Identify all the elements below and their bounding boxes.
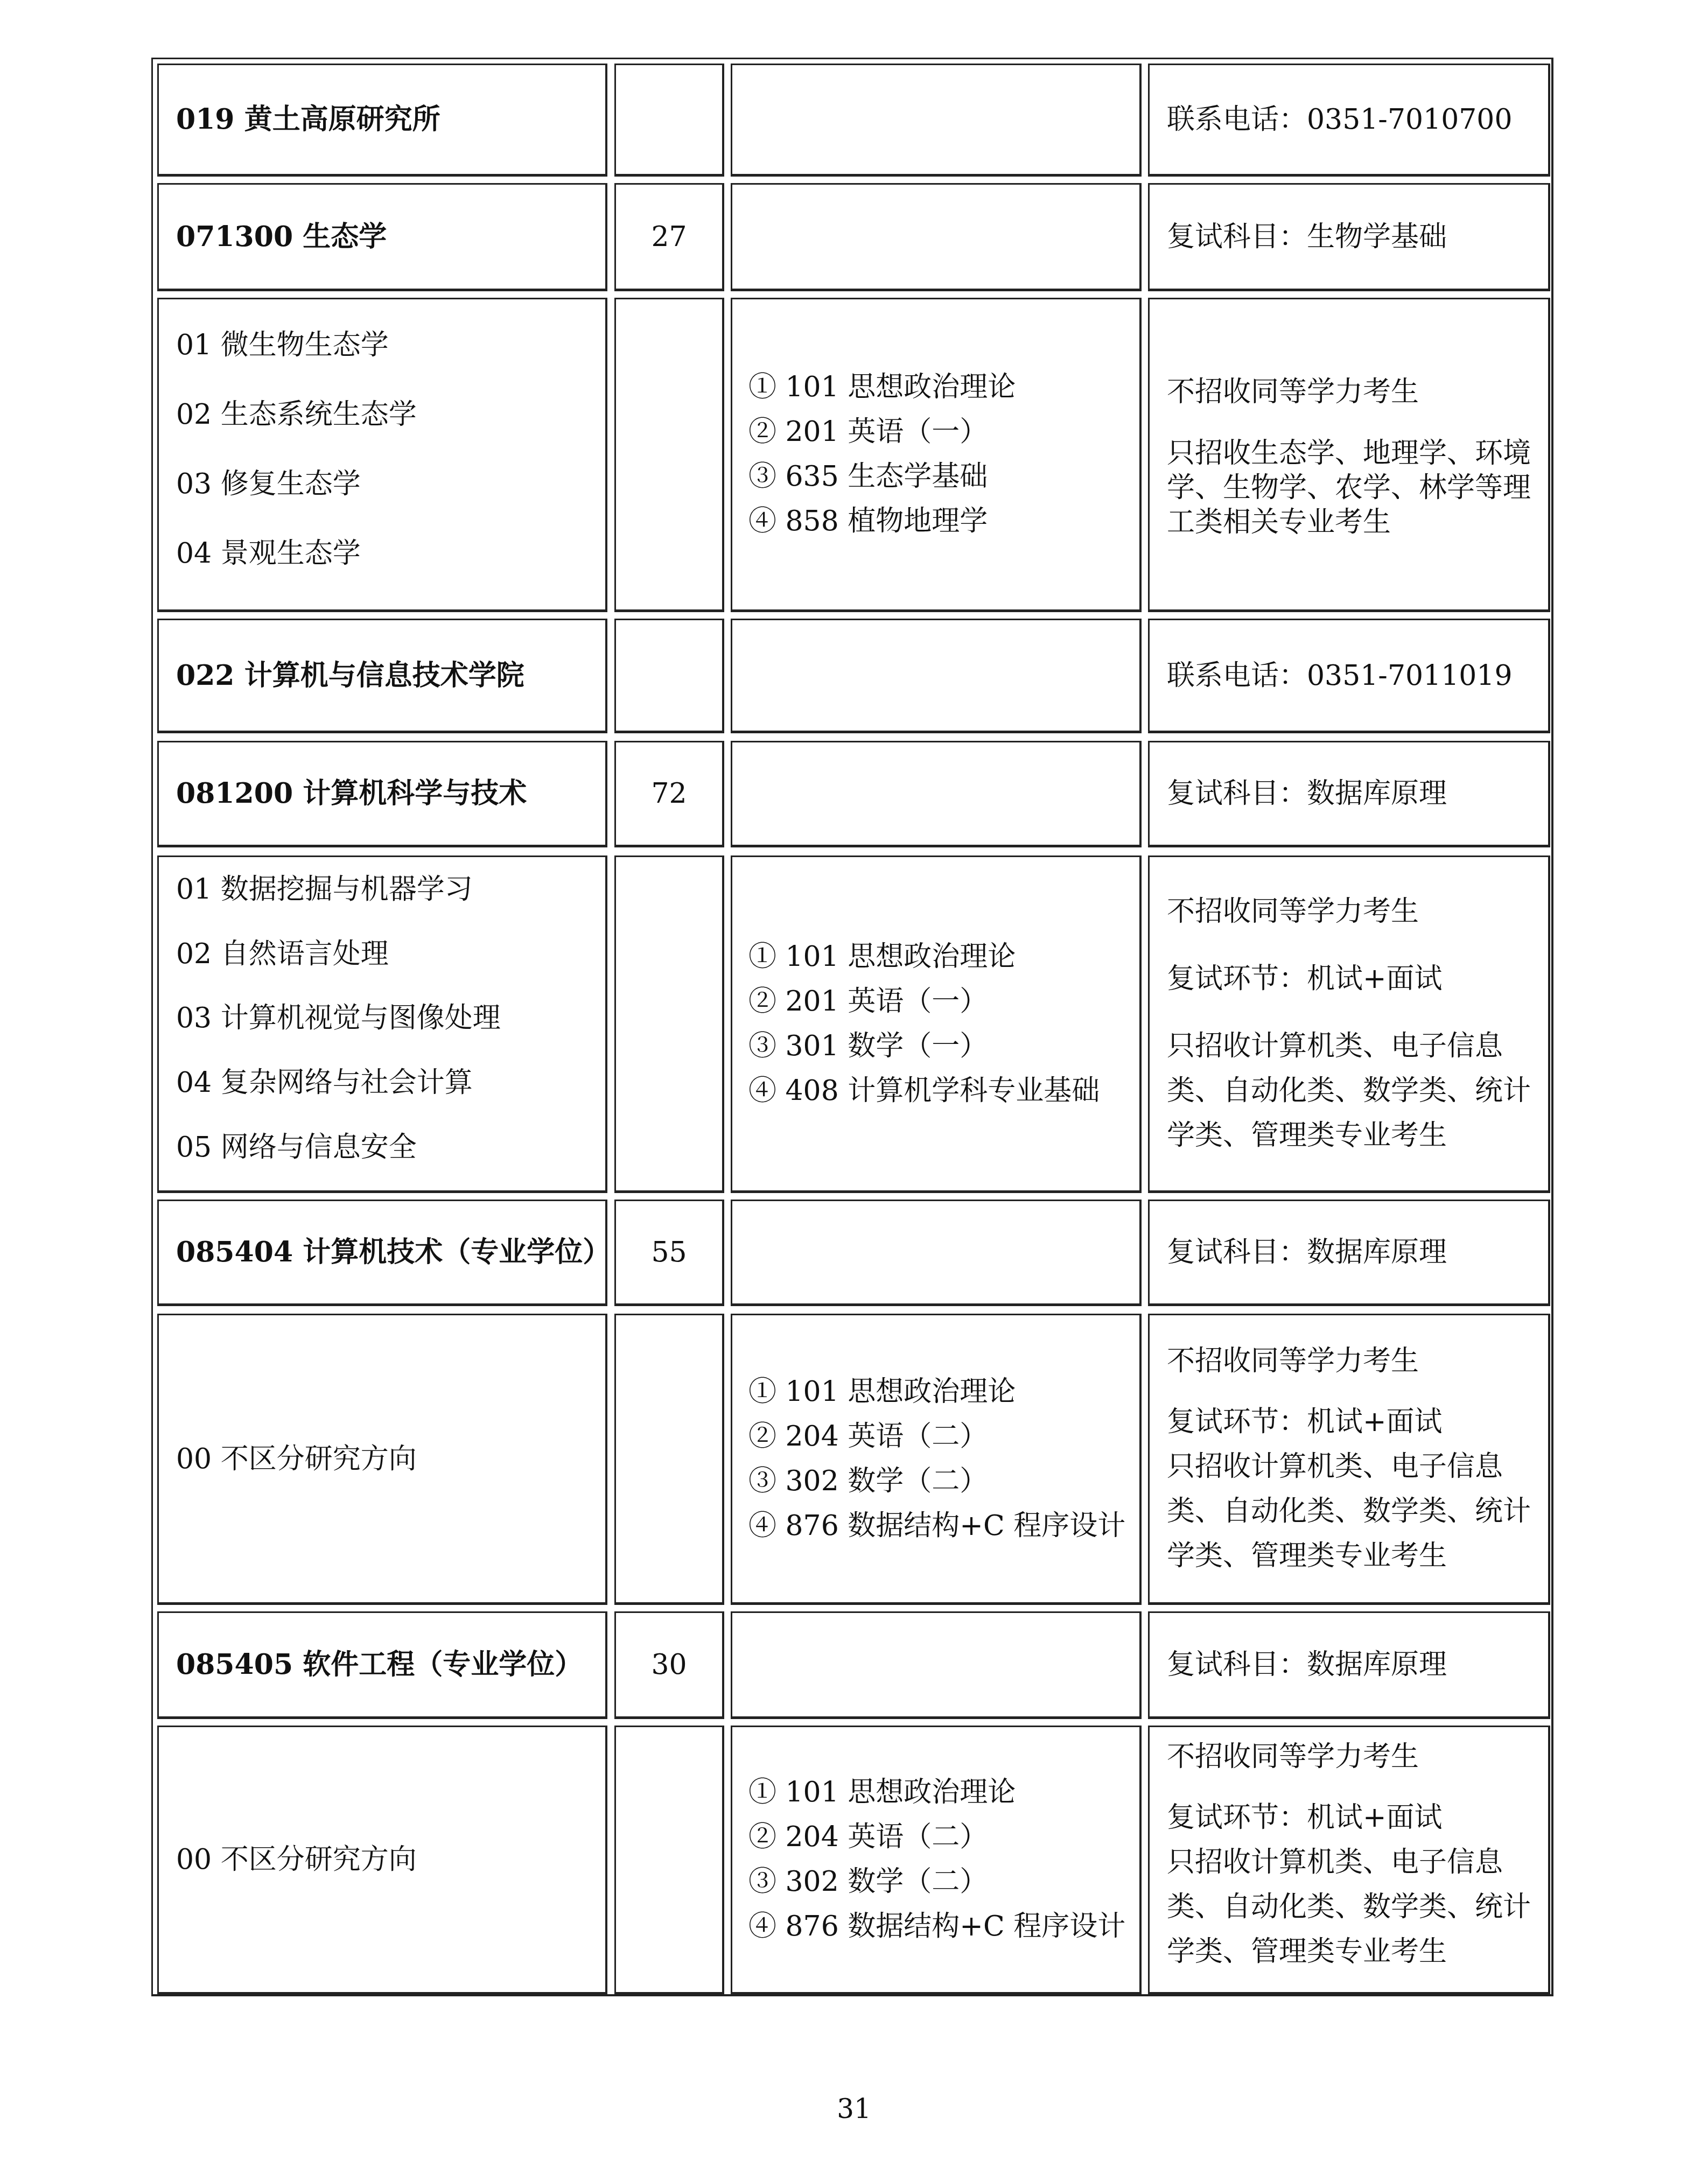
table-cell-remarks: 复试科目：数据库原理 [1148,1200,1550,1306]
table-cell-exams [731,1200,1142,1306]
table-cell-quota [614,298,724,612]
exam-subject: ③ 302 数学（二） [748,1459,1139,1504]
direction-item: 04 景观生态学 [176,536,605,571]
table-cell-quota [614,1726,724,1995]
table-cell-exams [731,64,1142,177]
exam-subject: ① 101 思想政治理论 [748,365,1139,410]
table-cell-quota [614,64,724,177]
table-cell-program: 081200 计算机科学与技术 [157,741,607,847]
table-cell-quota [614,619,724,733]
table-cell-remarks: 不招收同等学力考生 复试环节：机试+面试 只招收计算机类、电子信息类、自动化类、… [1148,1314,1550,1605]
direction-item: 00 不区分研究方向 [176,1842,605,1877]
exam-subject: ② 201 英语（一） [748,979,1139,1024]
table-cell-remarks: 联系电话：0351-7010700 [1148,64,1550,177]
direction-item: 04 复杂网络与社会计算 [176,1065,605,1100]
table-cell-remarks: 联系电话：0351-7011019 [1148,619,1550,733]
table-cell-exams: ① 101 思想政治理论 ② 201 英语（一） ③ 635 生态学基础 ④ 8… [731,298,1142,612]
table-cell-exams [731,1611,1142,1719]
exam-subject: ① 101 思想政治理论 [748,1370,1139,1414]
remark-line: 只招收计算机类、电子信息类、自动化类、数学类、统计学类、管理类专业考生 [1167,1444,1537,1579]
direction-item: 01 数据挖掘与机器学习 [176,872,605,907]
exam-subject: ③ 635 生态学基础 [748,454,1139,499]
remark-line: 复试环节：机试+面试 [1167,1400,1537,1444]
remark-line: 复试环节：机试+面试 [1167,957,1537,1001]
exam-subject: ① 101 思想政治理论 [748,1770,1139,1815]
exam-subject: ④ 876 数据结构+C 程序设计 [748,1504,1139,1548]
table-cell-remarks: 不招收同等学力考生 复试环节：机试+面试 只招收计算机类、电子信息类、自动化类、… [1148,855,1550,1193]
remark-line: 不招收同等学力考生 [1167,1735,1537,1779]
table-cell-exams [731,183,1142,291]
major-name: 085404 计算机技术（专业学位） [176,1235,605,1270]
contact-phone: 联系电话：0351-7011019 [1167,658,1537,693]
quota-value: 27 [651,220,687,254]
table-cell-remarks: 复试科目：数据库原理 [1148,1611,1550,1719]
institute-name: 019 黄土高原研究所 [176,102,605,137]
table-cell-quota [614,855,724,1193]
table-cell-remarks: 不招收同等学力考生 只招收生态学、地理学、环境学、生物学、农学、林学等理工类相关… [1148,298,1550,612]
direction-item: 02 生态系统生态学 [176,397,605,432]
table-cell-remarks: 复试科目：数据库原理 [1148,741,1550,847]
table-cell-program: 071300 生态学 [157,183,607,291]
retest-subject: 复试科目：数据库原理 [1167,1235,1537,1270]
quota-value: 72 [651,776,687,811]
retest-subject: 复试科目：数据库原理 [1167,1647,1537,1682]
table-cell-quota: 72 [614,741,724,847]
table-cell-quota: 55 [614,1200,724,1306]
table-cell-remarks: 复试科目：生物学基础 [1148,183,1550,291]
exam-subject: ② 204 英语（二） [748,1414,1139,1459]
contact-phone: 联系电话：0351-7010700 [1167,102,1537,137]
remark-line: 不招收同等学力考生 [1167,370,1537,415]
table-cell-program: 019 黄土高原研究所 [157,64,607,177]
table-cell-exams: ① 101 思想政治理论 ② 204 英语（二） ③ 302 数学（二） ④ 8… [731,1314,1142,1605]
direction-item: 03 修复生态学 [176,467,605,501]
page-number: 31 [0,2093,1708,2124]
major-name: 071300 生态学 [176,220,605,254]
exam-subject: ① 101 思想政治理论 [748,935,1139,979]
exam-subject: ③ 301 数学（一） [748,1024,1139,1069]
exam-subject: ④ 858 植物地理学 [748,499,1139,544]
table-cell-program: 085405 软件工程（专业学位） [157,1611,607,1719]
exam-subject: ④ 876 数据结构+C 程序设计 [748,1904,1139,1949]
table-cell-program: 022 计算机与信息技术学院 [157,619,607,733]
table-cell-program: 085404 计算机技术（专业学位） [157,1200,607,1306]
direction-item: 01 微生物生态学 [176,328,605,362]
table-cell-exams [731,741,1142,847]
table-cell-directions: 01 数据挖掘与机器学习 02 自然语言处理 03 计算机视觉与图像处理 04 … [157,855,607,1193]
remark-line: 只招收计算机类、电子信息类、自动化类、数学类、统计学类、管理类专业考生 [1167,1024,1537,1158]
retest-subject: 复试科目：生物学基础 [1167,220,1537,254]
table-cell-directions: 00 不区分研究方向 [157,1726,607,1995]
direction-item: 05 网络与信息安全 [176,1130,605,1165]
retest-subject: 复试科目：数据库原理 [1167,776,1537,811]
institute-name: 022 计算机与信息技术学院 [176,658,605,693]
remark-line: 复试环节：机试+面试 [1167,1796,1537,1840]
exam-subject: ④ 408 计算机学科专业基础 [748,1069,1139,1113]
quota-value: 30 [651,1647,687,1682]
table-cell-directions: 01 微生物生态学 02 生态系统生态学 03 修复生态学 04 景观生态学 [157,298,607,612]
table-cell-exams: ① 101 思想政治理论 ② 204 英语（二） ③ 302 数学（二） ④ 8… [731,1726,1142,1995]
major-name: 085405 软件工程（专业学位） [176,1647,605,1682]
remark-line: 只招收生态学、地理学、环境学、生物学、农学、林学等理工类相关专业考生 [1167,436,1537,539]
exam-subject: ② 204 英语（二） [748,1815,1139,1860]
table-cell-quota [614,1314,724,1605]
remark-line: 不招收同等学力考生 [1167,889,1537,934]
remark-line: 不招收同等学力考生 [1167,1339,1537,1384]
table-cell-quota: 30 [614,1611,724,1719]
table-cell-quota: 27 [614,183,724,291]
exam-subject: ② 201 英语（一） [748,410,1139,454]
table-cell-directions: 00 不区分研究方向 [157,1314,607,1605]
table-cell-exams [731,619,1142,733]
major-name: 081200 计算机科学与技术 [176,776,605,811]
direction-item: 03 计算机视觉与图像处理 [176,1001,605,1035]
quota-value: 55 [651,1235,687,1270]
direction-item: 02 自然语言处理 [176,937,605,971]
table-cell-exams: ① 101 思想政治理论 ② 201 英语（一） ③ 301 数学（一） ④ 4… [731,855,1142,1193]
exam-subject: ③ 302 数学（二） [748,1860,1139,1904]
direction-item: 00 不区分研究方向 [176,1442,605,1476]
remark-line: 只招收计算机类、电子信息类、自动化类、数学类、统计学类、管理类专业考生 [1167,1840,1537,1974]
table-cell-remarks: 不招收同等学力考生 复试环节：机试+面试 只招收计算机类、电子信息类、自动化类、… [1148,1726,1550,1995]
